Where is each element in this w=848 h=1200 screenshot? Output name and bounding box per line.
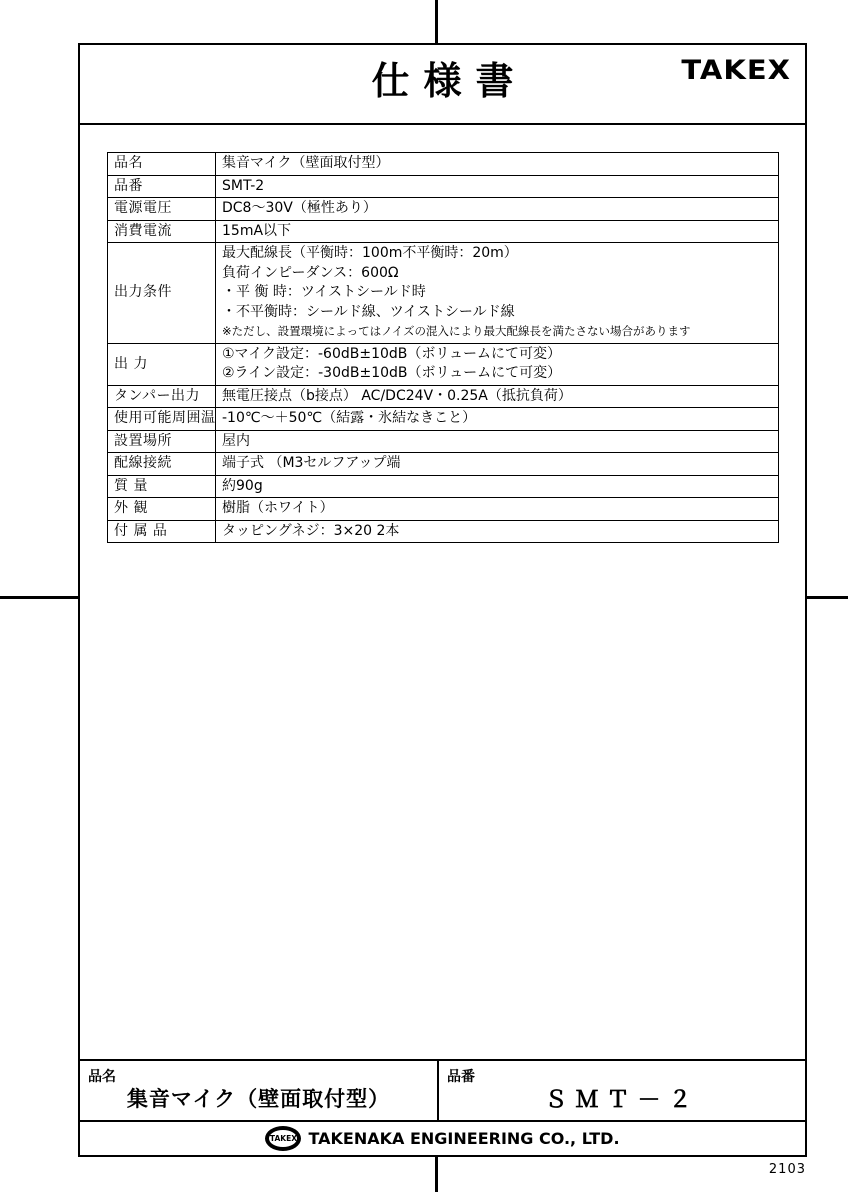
spec-row: 使用可能周囲温-10℃〜＋50℃（結露・氷結なきこと） [108,408,779,431]
spec-value: 最大配線長（平衡時：100m不平衡時：20m）負荷インピーダンス：600Ω・平 … [216,243,779,344]
spec-label: 品番 [108,175,216,198]
spec-row: 電源電圧DC8〜30V（極性あり） [108,198,779,221]
document-header: 仕様書 TAKEX [80,45,805,125]
spec-value-line: 樹脂（ホワイト） [222,499,774,519]
crop-mark-right [805,596,848,599]
product-name-cell: 品名 集音マイク（壁面取付型） [80,1061,439,1120]
spec-row: 質 量約90g [108,475,779,498]
spec-label: 配線接続 [108,453,216,476]
spec-row: 付 属 品タッピングネジ：3×20 2本 [108,520,779,543]
spec-value-line: 端子式 （M3セルフアップ端 [222,454,774,474]
spec-label: 出 力 [108,343,216,385]
spec-value-line: 15mA以下 [222,222,774,242]
spec-value-line: ・平 衡 時：ツイストシールド時 [222,283,774,303]
spec-value: 屋内 [216,430,779,453]
crop-mark-bottom [435,1156,438,1192]
spec-row: 品名集音マイク（壁面取付型） [108,153,779,176]
takex-oval-logo-icon: TAKEX [265,1126,301,1151]
spec-value: 15mA以下 [216,220,779,243]
spec-value: -10℃〜＋50℃（結露・氷結なきこと） [216,408,779,431]
spec-value: 約90g [216,475,779,498]
spec-value-line: SMT-2 [222,177,774,197]
spec-value-line: 集音マイク（壁面取付型） [222,154,774,174]
spec-value-line: -10℃〜＋50℃（結露・氷結なきこと） [222,409,774,429]
spec-row: 出 力①マイク設定：-60dB±10dB（ボリュームにて可変）②ライン設定：-3… [108,343,779,385]
crop-mark-top [435,0,438,44]
spec-value: タッピングネジ：3×20 2本 [216,520,779,543]
document-body: 品名集音マイク（壁面取付型）品番SMT-2電源電圧DC8〜30V（極性あり）消費… [80,125,805,1059]
company-name: TAKENAKA ENGINEERING CO., LTD. [308,1129,619,1148]
part-number-value: ＳＭＴ－２ [439,1081,805,1114]
part-number-cell: 品番 ＳＭＴ－２ [439,1061,805,1120]
document-frame: 仕様書 TAKEX 品名集音マイク（壁面取付型）品番SMT-2電源電圧DC8〜3… [78,43,807,1157]
spec-value-line: ※ただし、設置環境によってはノイズの混入により最大配線長を満たさない場合がありま… [222,322,774,342]
spec-label: 外 観 [108,498,216,521]
spec-value: ①マイク設定：-60dB±10dB（ボリュームにて可変）②ライン設定：-30dB… [216,343,779,385]
spec-value-line: 無電圧接点（b接点） AC/DC24V・0.25A（抵抗負荷） [222,387,774,407]
spec-label: 質 量 [108,475,216,498]
product-id-band: 品名 集音マイク（壁面取付型） 品番 ＳＭＴ－２ [80,1059,805,1120]
spec-value: 樹脂（ホワイト） [216,498,779,521]
spec-label: 品名 [108,153,216,176]
spec-value-line: DC8〜30V（極性あり） [222,199,774,219]
spec-row: 出力条件最大配線長（平衡時：100m不平衡時：20m）負荷インピーダンス：600… [108,243,779,344]
page-number: 2103 [769,1162,806,1177]
spec-label: 付 属 品 [108,520,216,543]
spec-value-line: 約90g [222,477,774,497]
spec-label: 出力条件 [108,243,216,344]
spec-value: 無電圧接点（b接点） AC/DC24V・0.25A（抵抗負荷） [216,385,779,408]
spec-value-line: 最大配線長（平衡時：100m不平衡時：20m） [222,244,774,264]
spec-table: 品名集音マイク（壁面取付型）品番SMT-2電源電圧DC8〜30V（極性あり）消費… [107,152,779,543]
spec-value-line: 負荷インピーダンス：600Ω [222,264,774,284]
takex-logo: TAKEX [681,54,791,85]
spec-row: 配線接続端子式 （M3セルフアップ端 [108,453,779,476]
spec-value-line: ①マイク設定：-60dB±10dB（ボリュームにて可変） [222,345,774,365]
spec-value: 端子式 （M3セルフアップ端 [216,453,779,476]
spec-label: 設置場所 [108,430,216,453]
spec-value-line: ②ライン設定：-30dB±10dB（ボリュームにて可変） [222,364,774,384]
spec-value-line: タッピングネジ：3×20 2本 [222,522,774,542]
spec-value: 集音マイク（壁面取付型） [216,153,779,176]
spec-row: 消費電流15mA以下 [108,220,779,243]
crop-mark-left [0,596,79,599]
spec-row: タンパー出力無電圧接点（b接点） AC/DC24V・0.25A（抵抗負荷） [108,385,779,408]
spec-row: 品番SMT-2 [108,175,779,198]
spec-value-line: ・不平衡時：シールド線、ツイストシールド線 [222,303,774,323]
spec-value-line: 屋内 [222,432,774,452]
company-footer: TAKEX TAKENAKA ENGINEERING CO., LTD. [80,1120,805,1155]
spec-row: 外 観樹脂（ホワイト） [108,498,779,521]
spec-label: 消費電流 [108,220,216,243]
product-name-value: 集音マイク（壁面取付型） [80,1083,437,1113]
spec-value: DC8〜30V（極性あり） [216,198,779,221]
spec-sheet-page: 仕様書 TAKEX 品名集音マイク（壁面取付型）品番SMT-2電源電圧DC8〜3… [0,0,848,1200]
spec-label: 使用可能周囲温 [108,408,216,431]
spec-label: タンパー出力 [108,385,216,408]
spec-row: 設置場所屋内 [108,430,779,453]
spec-label: 電源電圧 [108,198,216,221]
spec-value: SMT-2 [216,175,779,198]
spec-table-body: 品名集音マイク（壁面取付型）品番SMT-2電源電圧DC8〜30V（極性あり）消費… [108,153,779,543]
